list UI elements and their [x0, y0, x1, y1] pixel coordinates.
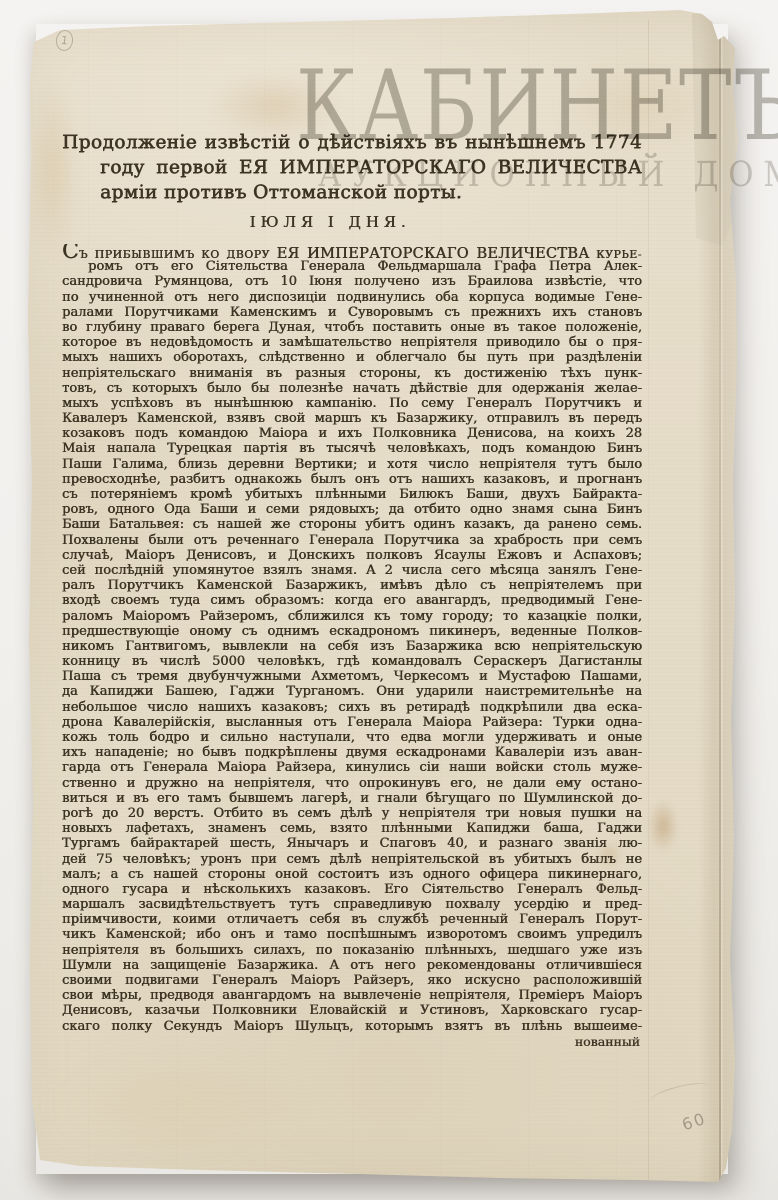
body-text-line: товъ, съ которыхъ было бы полезнѣе начат…	[62, 381, 642, 396]
body-text-line: ровъ, одного Ода Баши и семи рядовыхъ; д…	[62, 502, 642, 517]
body-text-line: кожь толь бодро и сильно наступали, что …	[62, 730, 642, 745]
body-text-line: Маія напала Турецкая партія въ тысячѣ че…	[62, 441, 642, 456]
drop-cap: С	[62, 244, 79, 259]
body-text-line: дей 75 человѣкъ; уронъ при семъ дѣлѣ неп…	[62, 852, 642, 867]
body-text-line: никомъ Гантвигомъ, вывлекли на себя изъ …	[62, 639, 642, 654]
body-text-line: рогѣ до 20 верстъ. Отбито въ семъ дѣлѣ у…	[62, 806, 642, 821]
title-line: арміи противъ Оттоманской порты.	[62, 180, 642, 205]
body-text-line: маршалъ засвидѣтельствуетъ тутъ справедл…	[62, 897, 642, 912]
body-text-line: малъ; а съ нашей стороны оной состоитъ и…	[62, 867, 642, 882]
body-text-line: съ потеряніемъ кромѣ убитыхъ плѣнными Би…	[62, 487, 642, 502]
body-text-line: раломъ Маіоромъ Райзеромъ, сближился къ …	[62, 609, 642, 624]
smallcaps-text: Ъ	[79, 248, 95, 259]
body-text-line: дрона Кавалерійскія, высланныя отъ Генер…	[62, 715, 642, 730]
body-text-line: Денисовъ, казачьи Полковники Еловайскій …	[62, 1003, 642, 1018]
body-text-line: Паша съ тремя двубунчужными Ахметомъ, Че…	[62, 669, 642, 684]
body-text-line: виться и въ его тамъ бывшемъ лагерѣ, и г…	[62, 791, 642, 806]
body-text-line: свои мѣры, предводя авангардомъ на вывле…	[62, 988, 642, 1003]
catchword: нованный	[62, 1034, 642, 1049]
body-text-line: ралами Порутчиками Каменскимъ и Суворовы…	[62, 305, 642, 320]
printed-text: Продолженіе извѣстій о дѣйствіяхъ въ нын…	[62, 130, 642, 1049]
body-text-line: мыхъ успѣховъ въ нынѣшнюю кампанію. По с…	[62, 396, 642, 411]
body-text-line: Баши Батальвея: съ нашей же стороны убит…	[62, 517, 642, 532]
body-text-line: чикъ Каменской; ибо онъ и тамо поспѣшным…	[62, 927, 642, 942]
body-text-line: пріимчивости, коими отличаетъ себя въ сл…	[62, 912, 642, 927]
body-text-line: случаѣ, Маіоръ Денисовъ, и Донскихъ полк…	[62, 548, 642, 563]
body-text-line: превосходнѣе, разбитъ однакожь былъ онъ …	[62, 472, 642, 487]
body-text: СЪ ПРИБЫВШИМЪ КО ДВОРУ ЕЯ ИМПЕРАТОРСКАГО…	[62, 244, 642, 1049]
body-text-line: сей послѣдній упомянутое взялъ знамя. А …	[62, 563, 642, 578]
body-lines: ромъ отъ его Сіятельства Генерала Фельдм…	[62, 259, 642, 1034]
body-text-line: скаго полку Секундъ Маіоръ Шульцъ, котор…	[62, 1019, 642, 1034]
body-text-line: небольшое число нашихъ казаковъ; сихъ въ…	[62, 700, 642, 715]
body-text-line: ственно и дружно на непріятеля, что опро…	[62, 776, 642, 791]
body-text-line: да Капиджи Башею, Гаджи Турганомъ. Они у…	[62, 684, 642, 699]
body-text-line: Паши Галима, близь деревни Вертики; и хо…	[62, 457, 642, 472]
body-text-line: предшествующіе оному съ однимъ ескадроно…	[62, 624, 642, 639]
body-text-line: непріятеля въ большихъ силахъ, по показа…	[62, 943, 642, 958]
body-text-line: конницу въ числѣ 5000 человѣкъ, гдѣ кома…	[62, 654, 642, 669]
body-text-line: непріятельскаго вниманія въ разныя сторо…	[62, 366, 642, 381]
body-text-line: мыхъ нашихъ оборотахъ, слѣдственно и обл…	[62, 350, 642, 365]
body-text-line: Шумли на защищеніе Базаржика. А отъ него…	[62, 958, 642, 973]
body-text-line: гарда отъ Генерала Маіора Райзера, кинул…	[62, 760, 642, 775]
body-text-line: входѣ своемъ туда симъ образомъ: когда е…	[62, 593, 642, 608]
body-text-line: ихъ нападеніе; но бывъ подкрѣплены двумя…	[62, 745, 642, 760]
body-text-line: Тургамъ байрактарей шесть, Янычаръ и Спа…	[62, 836, 642, 851]
body-text-line: своими подвигами Генералъ Маіоръ Райзеръ…	[62, 973, 642, 988]
body-text-line: новыхъ лафетахъ, знаменъ семь, взято плѣ…	[62, 821, 642, 836]
body-text-line: Похвалены были отъ реченнаго Генерала По…	[62, 533, 642, 548]
body-text-line: Кавалеръ Каменской, взявъ свой маршъ къ …	[62, 411, 642, 426]
title-line: Продолженіе извѣстій о дѣйствіяхъ въ нын…	[62, 130, 642, 155]
smallcaps-text: ПРИБЫВШИМЪ КО ДВОРУ	[95, 248, 277, 259]
body-text-line: сандровича Румянцова, отъ 10 Іюня получе…	[62, 274, 642, 289]
body-text-line: во глубину праваго берега Дуная, чтобъ п…	[62, 320, 642, 335]
body-text-line: одного гусара и нѣсколькихъ казаковъ. Ег…	[62, 882, 642, 897]
caps-emphasis-text: ЕЯ ИМПЕРАТОРСКАГО ВЕЛИЧЕСТВА	[277, 246, 590, 259]
body-text-line: ромъ отъ его Сіятельства Генерала Фельдм…	[62, 259, 642, 274]
photo-of-document: Продолженіе извѣстій о дѣйствіяхъ въ нын…	[0, 0, 778, 1200]
title-line: году первой ЕЯ ИМПЕРАТОРСКАГО ВЕЛИЧЕСТВА	[62, 155, 642, 180]
body-first-line: СЪ ПРИБЫВШИМЪ КО ДВОРУ ЕЯ ИМПЕРАТОРСКАГО…	[62, 244, 642, 259]
body-text-line: ралъ Порутчикъ Каменской Базаржикъ, имѣв…	[62, 578, 642, 593]
body-text-line: которое въ недовѣдомость и замѣшательств…	[62, 335, 642, 350]
body-text-line: козаковъ подъ командою Маіора и ихъ Полк…	[62, 426, 642, 441]
body-text-line: по учиненной отъ него диспозиціи подвину…	[62, 290, 642, 305]
smallcaps-text: КУРЬЕ-	[590, 248, 642, 259]
dateline: ІЮЛЯ І ДНЯ.	[62, 213, 642, 233]
